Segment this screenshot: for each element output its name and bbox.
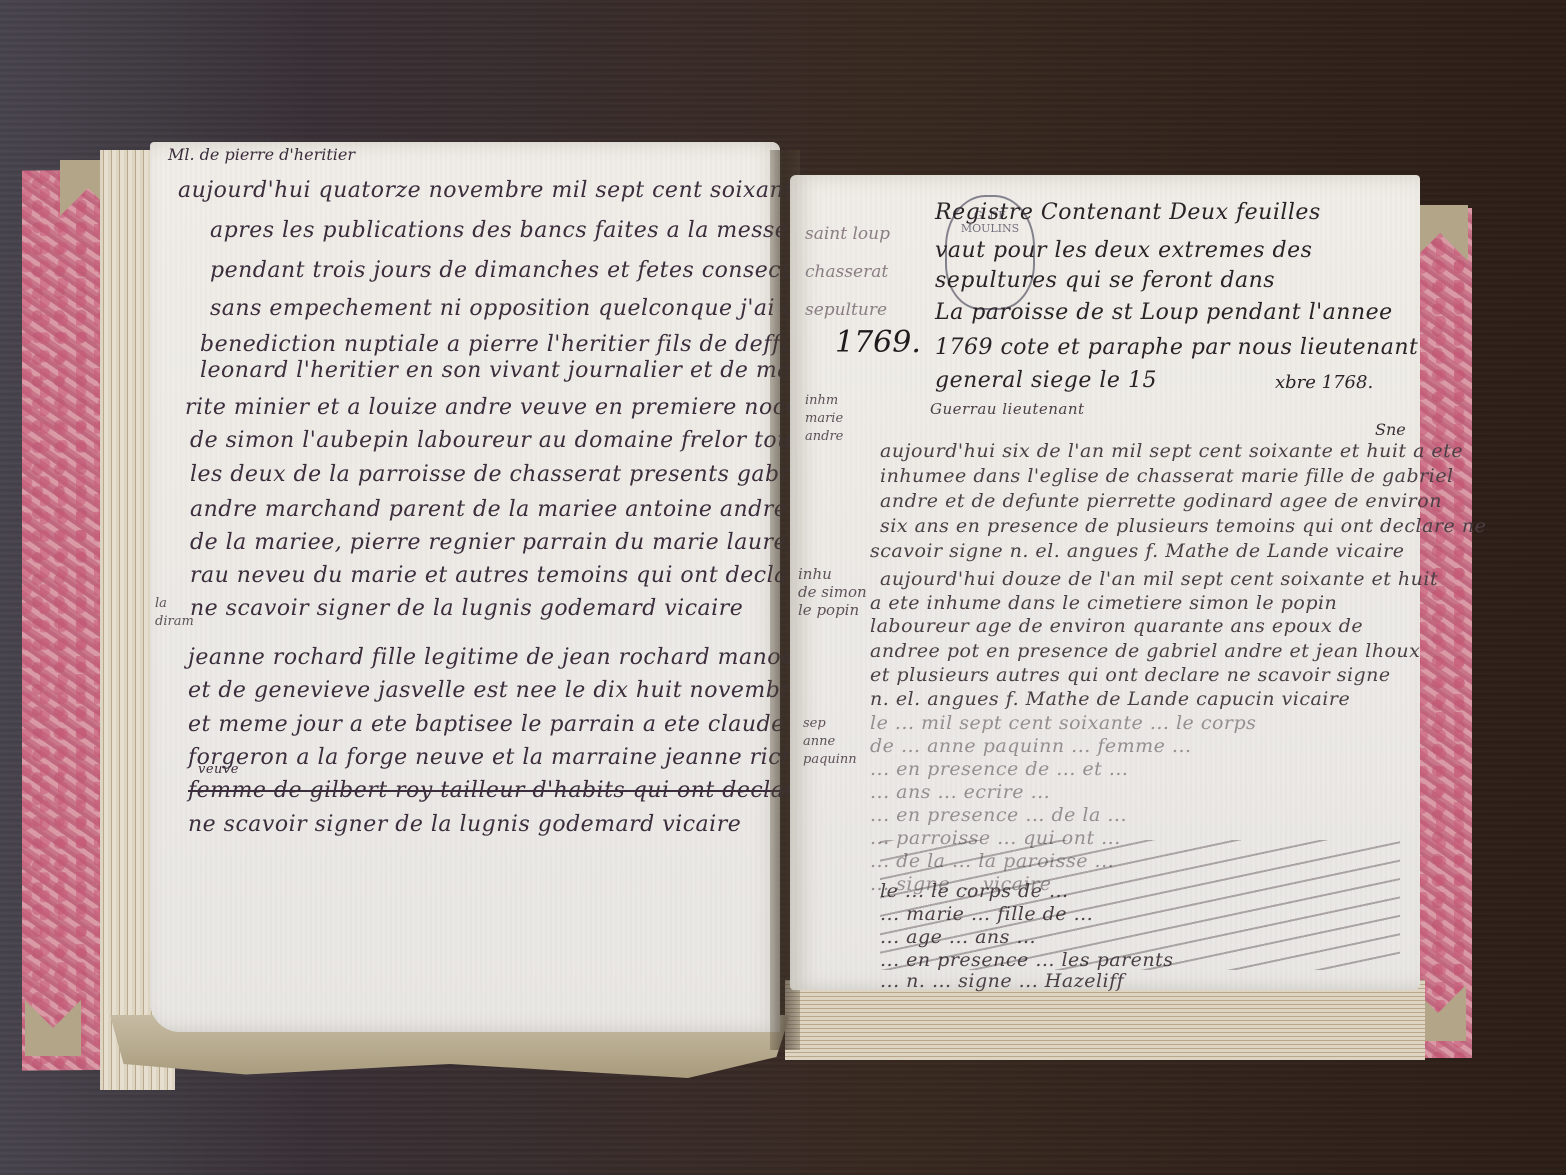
text-line: forgeron a la forge neuve et la marraine… [188, 745, 835, 770]
text-line: de simon l'aubepin laboureur au domaine … [190, 428, 804, 453]
text-line: benediction nuptiale a pierre l'heritier… [200, 332, 831, 357]
register-year: 1769. [835, 325, 921, 360]
text-line: a ete inhume dans le cimetiere simon le … [870, 592, 1337, 614]
margin-note: inhu de simon le popin [798, 565, 867, 619]
photo-scene: Ml. de pierre d'heritier aujourd'hui qua… [0, 0, 1566, 1175]
text-line: La paroisse de st Loup pendant l'annee [935, 300, 1393, 325]
text-line: Guerrau lieutenant [930, 400, 1085, 418]
text-line: ... n. ... signe ... Hazeliff [880, 970, 1124, 992]
text-line: rite minier et a louize andre veuve en p… [185, 395, 799, 420]
text-line: ... ans ... ecrire ... [870, 781, 1050, 803]
margin-note: la diram [155, 595, 194, 631]
text-line: ... en presence de ... et ... [870, 758, 1128, 780]
text-line: ne scavoir signer de la lugnis godemard … [190, 596, 743, 621]
text-line: le ... mil sept cent soixante ... le cor… [870, 712, 1256, 734]
text-line: femme de gilbert roy tailleur d'habits q… [188, 778, 809, 803]
text-line: ... en presence ... de la ... [870, 804, 1127, 826]
text-line: andre et de defunte pierrette godinard a… [880, 490, 1442, 512]
text-line: aujourd'hui quatorze novembre mil sept c… [178, 178, 866, 203]
left-page-header: Ml. de pierre d'heritier [168, 145, 355, 164]
text-line: ne scavoir signer de la lugnis godemard … [188, 812, 741, 837]
text-line: laboureur age de environ quarante ans ep… [870, 615, 1363, 637]
text-line: 1769 cote et paraphe par nous lieutenant [935, 335, 1418, 360]
text-line: rau neveu du marie et autres temoins qui… [190, 563, 812, 588]
text-line: les deux de la parroisse de chasserat pr… [190, 462, 819, 487]
text-line: et meme jour a ete baptisee le parrain a… [188, 712, 870, 737]
text-line: general siege le 15 [935, 368, 1157, 393]
text-line: pendant trois jours de dimanches et fete… [210, 258, 833, 283]
text-line: n. el. angues f. Mathe de Lande capucin … [870, 688, 1350, 710]
date-note: xbre 1768. [1275, 372, 1373, 393]
signature-note: Sne [1375, 420, 1406, 439]
text-line: et de genevieve jasvelle est nee le dix … [188, 678, 870, 703]
text-line: leonard l'heritier en son vivant journal… [200, 358, 845, 383]
text-line: scavoir signe n. el. angues f. Mathe de … [870, 540, 1404, 562]
strike-through-marks [880, 840, 1400, 970]
text-line: aujourd'hui douze de l'an mil sept cent … [880, 568, 1438, 590]
text-line: andre marchand parent de la mariee antoi… [190, 497, 853, 522]
page-stack-right [785, 980, 1425, 1060]
margin-note: inhm marie andre [805, 392, 843, 446]
text-line: six ans en presence de plusieurs temoins… [880, 515, 1486, 537]
text-line: Registre Contenant Deux feuilles [935, 200, 1321, 225]
text-line: et plusieurs autres qui ont declare ne s… [870, 664, 1391, 686]
text-line: andree pot en presence de gabriel andre … [870, 640, 1420, 662]
correction-note: veuve [198, 762, 239, 777]
margin-note: sep anne paquinn [803, 715, 857, 769]
text-line: sepultures qui se feront dans [935, 268, 1275, 293]
text-line: aujourd'hui six de l'an mil sept cent so… [880, 440, 1463, 462]
text-line: inhumee dans l'eglise de chasserat marie… [880, 465, 1454, 487]
text-line: jeanne rochard fille legitime de jean ro… [188, 645, 847, 670]
text-line: de ... anne paquinn ... femme ... [870, 735, 1192, 757]
text-line: vaut pour les deux extremes des [935, 238, 1312, 263]
register-margin-title: saint loup chasserat sepulture [805, 215, 890, 329]
